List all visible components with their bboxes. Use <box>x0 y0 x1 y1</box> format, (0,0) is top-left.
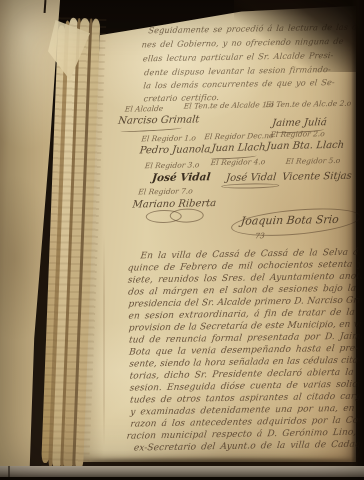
right-edge-shadow <box>351 0 364 480</box>
signature-name: Juan Bta. Llach <box>266 140 345 152</box>
signature-oval-flourish <box>221 183 279 189</box>
margin-number: 73 <box>255 231 265 240</box>
signature-title: El Ten.te de Alc.de 2.o <box>265 99 351 110</box>
act-paragraph-line: ex-Secretario del Ayunt.o de la villa de… <box>133 439 364 453</box>
signature-name: Mariano Riberta <box>132 198 217 210</box>
signature-title: El Regidor 5.o <box>285 156 340 166</box>
signature-underline-flourish <box>120 126 182 133</box>
signature-title: El Regidor Dec.no <box>204 131 274 141</box>
secretary-flourish-oval <box>230 204 362 240</box>
signature-title: El Alcalde <box>124 104 163 114</box>
signature-title: El Regidor 1.o <box>141 133 196 143</box>
signature-name: Juan Llach <box>211 142 266 154</box>
page-bottom-shadow <box>88 459 356 466</box>
signature-title: El Regidor 2.o <box>270 129 325 139</box>
signature-title: El Regidor 3.o <box>144 160 199 170</box>
closing-paragraph-line: la los demás concurrentes de que yo el S… <box>143 77 335 90</box>
top-right-shadow <box>234 0 364 72</box>
handwriting-layer: Seguidamente se procedió á la lectura de… <box>0 0 364 480</box>
signature-name: José Vidal <box>151 171 211 184</box>
signature-name: José Vidal <box>226 172 277 184</box>
signature-name: Vicente Sitjas <box>282 171 353 183</box>
signature-title: El Ten.te de Alcalde 1.o <box>183 100 274 111</box>
signature-title: El Regidor 4.o <box>210 157 265 167</box>
signature-loop-flourish <box>170 208 204 223</box>
manuscript-book-photo: Seguidamente se procedió á la lectura de… <box>0 0 364 480</box>
signature-name: Narciso Grimalt <box>118 114 200 126</box>
signature-name: Pedro Juanola <box>139 144 211 156</box>
signature-title: El Regidor 7.o <box>138 186 193 196</box>
